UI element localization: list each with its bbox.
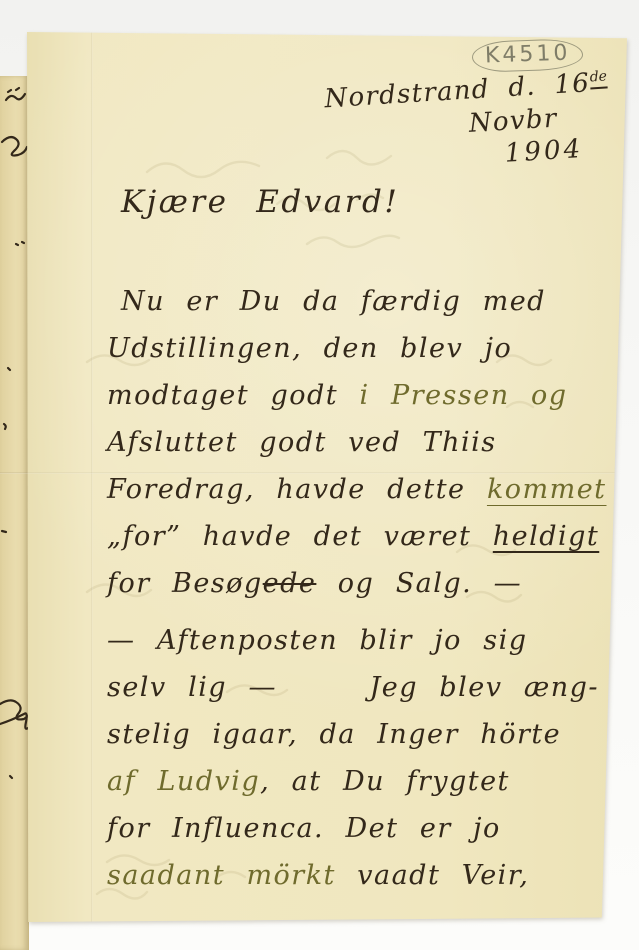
dateline-day-suffix: de (589, 68, 607, 85)
letter-line: af Ludvig, at Du frygtet (107, 760, 599, 807)
letter-text-segment: „for” havde det været (107, 521, 493, 552)
letter-text-segment: kommet (487, 474, 607, 505)
adjacent-sheet-edge (0, 76, 29, 950)
letter-text-segment: vaadt Veir, (336, 860, 529, 891)
letter-line: for Influenca. Det er jo (107, 807, 599, 854)
letter-text-segment: modtaget godt (107, 380, 360, 411)
letter-body: Nu er Du da færdig medUdstillingen, den … (107, 280, 599, 901)
letter-text-segment: Nu er Du da færdig med (121, 286, 546, 317)
letter-line: for Besøgede og Salg. — (107, 562, 599, 609)
letter-line: stelig igaar, da Inger hörte (107, 713, 599, 760)
letter-text-segment: Jeg blev æng- (369, 666, 599, 713)
letter-text-segment: — Aftenposten blir jo sig (107, 625, 528, 656)
dateline-place-day: Nordstrand d. 16de (323, 61, 608, 114)
letter-text-segment: af Ludvig (107, 766, 260, 797)
letter-line: Nu er Du da færdig med (107, 280, 599, 327)
letter-text-segment: heldigt (493, 521, 599, 552)
ink-fragment-strokes (0, 76, 28, 950)
letter-text-segment: ede (263, 568, 317, 599)
letter-line: — Aftenposten blir jo sig (107, 619, 599, 666)
letter-sheet: K4510 Nordstrand d. 16de Novbr 1904 Kjær… (27, 32, 627, 922)
letter-text-segment: stelig igaar, da Inger hörte (107, 719, 561, 750)
letter-text-segment: for Besøg (107, 568, 263, 599)
letter-text-segment: for Influenca. Det er jo (107, 813, 501, 844)
letter-text-segment: og Salg. — (316, 568, 522, 599)
letter-text-segment: Afsluttet godt ved Thiis (107, 427, 497, 458)
letter-line: selv lig —Jeg blev æng- (107, 666, 599, 713)
fold-crease (0, 472, 28, 474)
letter-text-segment: , at Du frygtet (260, 766, 510, 797)
letter-line: Udstillingen, den blev jo (107, 327, 599, 374)
letter-line: modtaget godt i Pressen og (107, 374, 599, 421)
letter-text-segment: i Pressen og (360, 380, 568, 411)
scanned-letter-photo: { "catalog_number": "K4510", "dateline":… (0, 0, 639, 950)
letter-text-segment: Udstillingen, den blev jo (107, 333, 512, 364)
letter-text-segment: selv lig — (107, 666, 277, 713)
fold-crease-vertical (91, 32, 93, 922)
letter-line: saadant mörkt vaadt Veir, (107, 854, 599, 901)
letter-text-segment: saadant mörkt (107, 860, 336, 891)
dateline: Nordstrand d. 16de Novbr 1904 (323, 61, 612, 179)
letter-line: Foredrag, havde dette kommet (107, 468, 599, 515)
letter-text-segment: Foredrag, havde dette (107, 474, 487, 505)
letter-sheet-wrap: K4510 Nordstrand d. 16de Novbr 1904 Kjær… (27, 32, 627, 922)
salutation: Kjære Edvard! (121, 184, 399, 220)
letter-line: „for” havde det været heldigt (107, 515, 599, 562)
letter-line: Afsluttet godt ved Thiis (107, 421, 599, 468)
